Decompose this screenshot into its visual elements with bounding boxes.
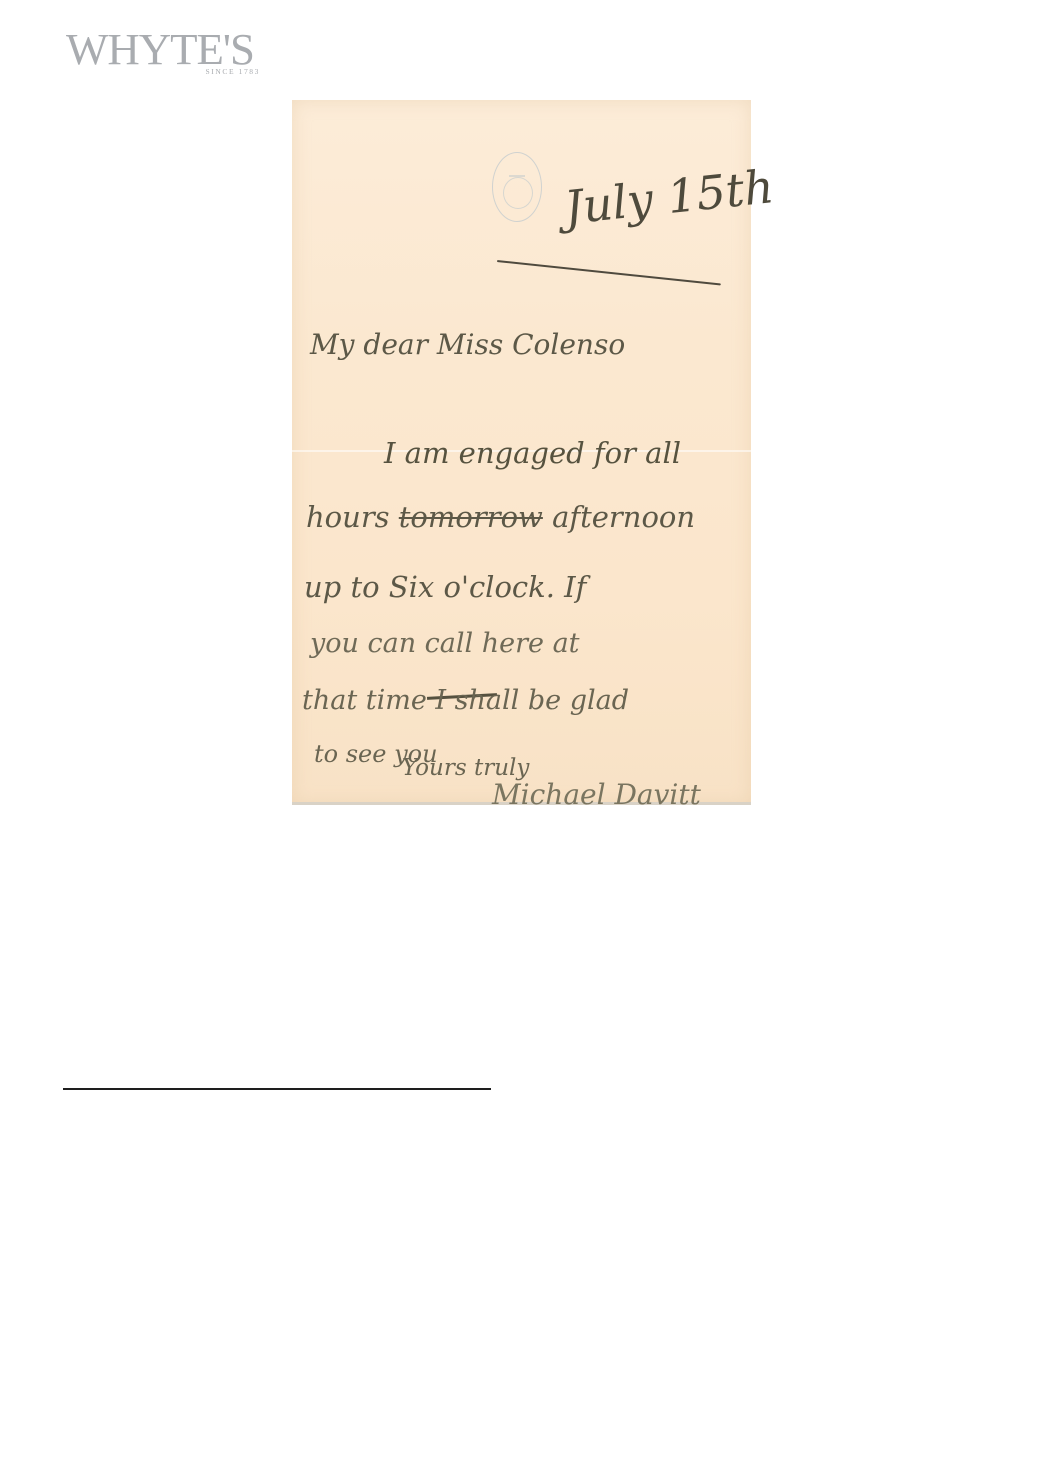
struck-word: tomorrow [399, 500, 543, 534]
date-flourish [497, 260, 721, 286]
letter-line: you can call here at [310, 628, 580, 659]
letter-line: hours tomorrow afternoon [306, 500, 695, 534]
embossed-crest-icon [492, 152, 542, 222]
letter-date: July 15th [562, 159, 777, 235]
logo-wordmark: WHYTE'S [66, 28, 254, 72]
letter-line: that time I shall be glad [302, 685, 629, 716]
logo-tagline: SINCE 1783 [205, 67, 260, 76]
letter-line: I am engaged for all [384, 436, 681, 470]
letter-signature: Michael Davitt [492, 778, 701, 811]
footnote-divider [63, 1088, 491, 1090]
letter-image: July 15th My dear Miss Colenso I am enga… [292, 100, 751, 805]
crest-inner-ring [503, 177, 533, 209]
letter-salutation: My dear Miss Colenso [310, 328, 625, 361]
whytes-logo: WHYTE'S SINCE 1783 [66, 28, 262, 80]
crown-icon [509, 165, 525, 177]
letter-line: up to Six o'clock. If [304, 570, 586, 604]
